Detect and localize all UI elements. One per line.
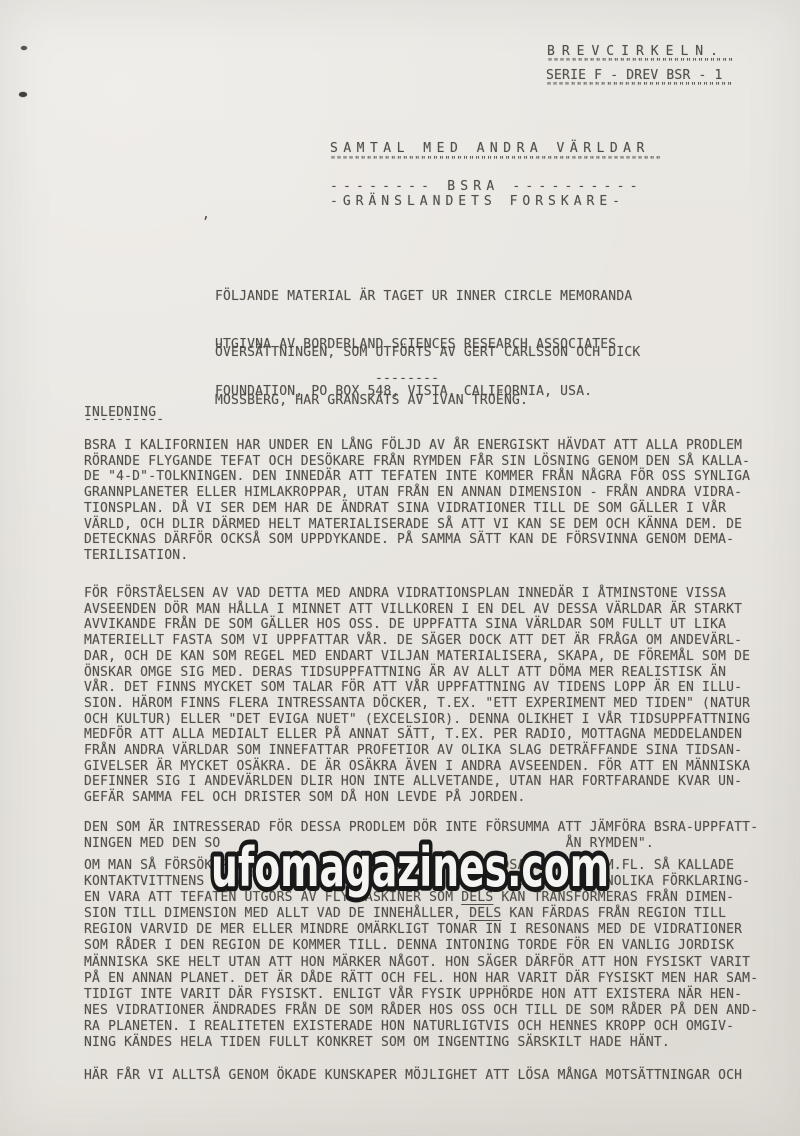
text-line: RÖRANDE FLYGANDE TEFAT OCH DESÖKARE FRÅN… — [84, 454, 750, 470]
text-line: MATERIELLT FASTA SOM VI UPPFATTAR VÅR. D… — [84, 633, 750, 649]
text-line: AVVIKANDE FRÅN DE SOM GÄLLER HOS OSS. DE… — [84, 617, 750, 633]
text-line: DE "4-D"-TOLKNINGEN. DEN INNEDÄR ATT TEF… — [84, 469, 750, 485]
text-line: GEFÄR SAMMA FEL OCH DRISTER SOM DÅ HON L… — [84, 790, 750, 806]
text-line: MÄNNISKA SKE HELT UTAN ATT HON MÄRKER NÅ… — [84, 955, 758, 971]
paragraph-2: FÖR FÖRSTÅELSEN AV VAD DETTA MED ANDRA V… — [84, 586, 750, 806]
text-line: REGION VARVID DE MER ELLER MINDRE OMÄRKL… — [84, 922, 758, 938]
body-text: BSRA I KALIFORNIEN HAR UNDER EN LÅNG FÖL… — [0, 0, 800, 1136]
text-line: DETECKNAS DÄRFÖR OCKSÅ SOM UPPDYKANDE. P… — [84, 532, 750, 548]
text-line: PÅ EN ANNAN PLANET. DET ÄR DÅDE RÄTT OCH… — [84, 971, 758, 987]
document-page: BREVCIRKELN. """""""""""""""""""""""""""… — [0, 0, 800, 1136]
text-line: MEDFÖR ATT ALLA MEDIALT ELLER PÅ ANNAT S… — [84, 727, 750, 743]
watermark-text: ufomagazines.com — [211, 836, 609, 899]
text-line: FÖR FÖRSTÅELSEN AV VAD DETTA MED ANDRA V… — [84, 586, 750, 602]
text-line: DAR, OCH DE KAN SOM REGEL MED ENDART VIL… — [84, 649, 750, 665]
text-line: SOM RÅDER I DEN REGION DE KOMMER TILL. D… — [84, 938, 758, 954]
text-line: DEFINNER SIG I ANDEVÄRLDEN DLIR HON INTE… — [84, 774, 750, 790]
text-line: TIONSPLAN. DÅ VI SER DEM HAR DE ÄNDRAT S… — [84, 501, 750, 517]
text-line: GRANNPLANETER ELLER HIMLAKROPPAR, UTAN F… — [84, 485, 750, 501]
text-line: AVSEENDEN DÖR MAN HÅLLA I MINNET ATT VIL… — [84, 602, 750, 618]
text-line: VÄRLD, OCH DLIR DÄRMED HELT MATERIALISER… — [84, 517, 750, 533]
paragraph-1: BSRA I KALIFORNIEN HAR UNDER EN LÅNG FÖL… — [84, 438, 750, 564]
text-line: NING KÄNDES HELA TIDEN FULLT KONKRET SOM… — [84, 1035, 758, 1051]
text-line: FRÅN ANDRA VÄRLDAR SOM INNEFATTAR PROFET… — [84, 743, 750, 759]
text-line: NES VIDRATIONER ÄNDRADES FRÅN DE SOM RÅD… — [84, 1003, 758, 1019]
paragraph-5: HÄR FÅR VI ALLTSÅ GENOM ÖKADE KUNSKAPER … — [84, 1068, 742, 1084]
watermark: ufomagazines.com — [200, 826, 620, 910]
text-line: TIDIGT INTE VARIT DÄR FYSISKT. ENLIGT VÅ… — [84, 987, 758, 1003]
text-line: RA PLANETEN. I REALITETEN EXISTERADE HON… — [84, 1019, 758, 1035]
text-line: VÅR. DET FINNS MYCKET SOM TALAR FÖR ATT … — [84, 680, 750, 696]
text-line: GIVELSER ÄR MYCKET OSÄKRA. DE ÄR OSÄKRA … — [84, 759, 750, 775]
text-line: TERILISATION. — [84, 548, 750, 564]
text-line: HÄR FÅR VI ALLTSÅ GENOM ÖKADE KUNSKAPER … — [84, 1068, 742, 1084]
text-line: SION. HÄROM FINNS FLERA INTRESSANTA DÖCK… — [84, 696, 750, 712]
text-line: BSRA I KALIFORNIEN HAR UNDER EN LÅNG FÖL… — [84, 438, 750, 454]
text-line: OCH KULTUR) ELLER "DET EVIGA NUET" (EXCE… — [84, 712, 750, 728]
text-line: ÖNSKAR OMGE SIG MED. DERAS TIDSUPPFATTNI… — [84, 665, 750, 681]
